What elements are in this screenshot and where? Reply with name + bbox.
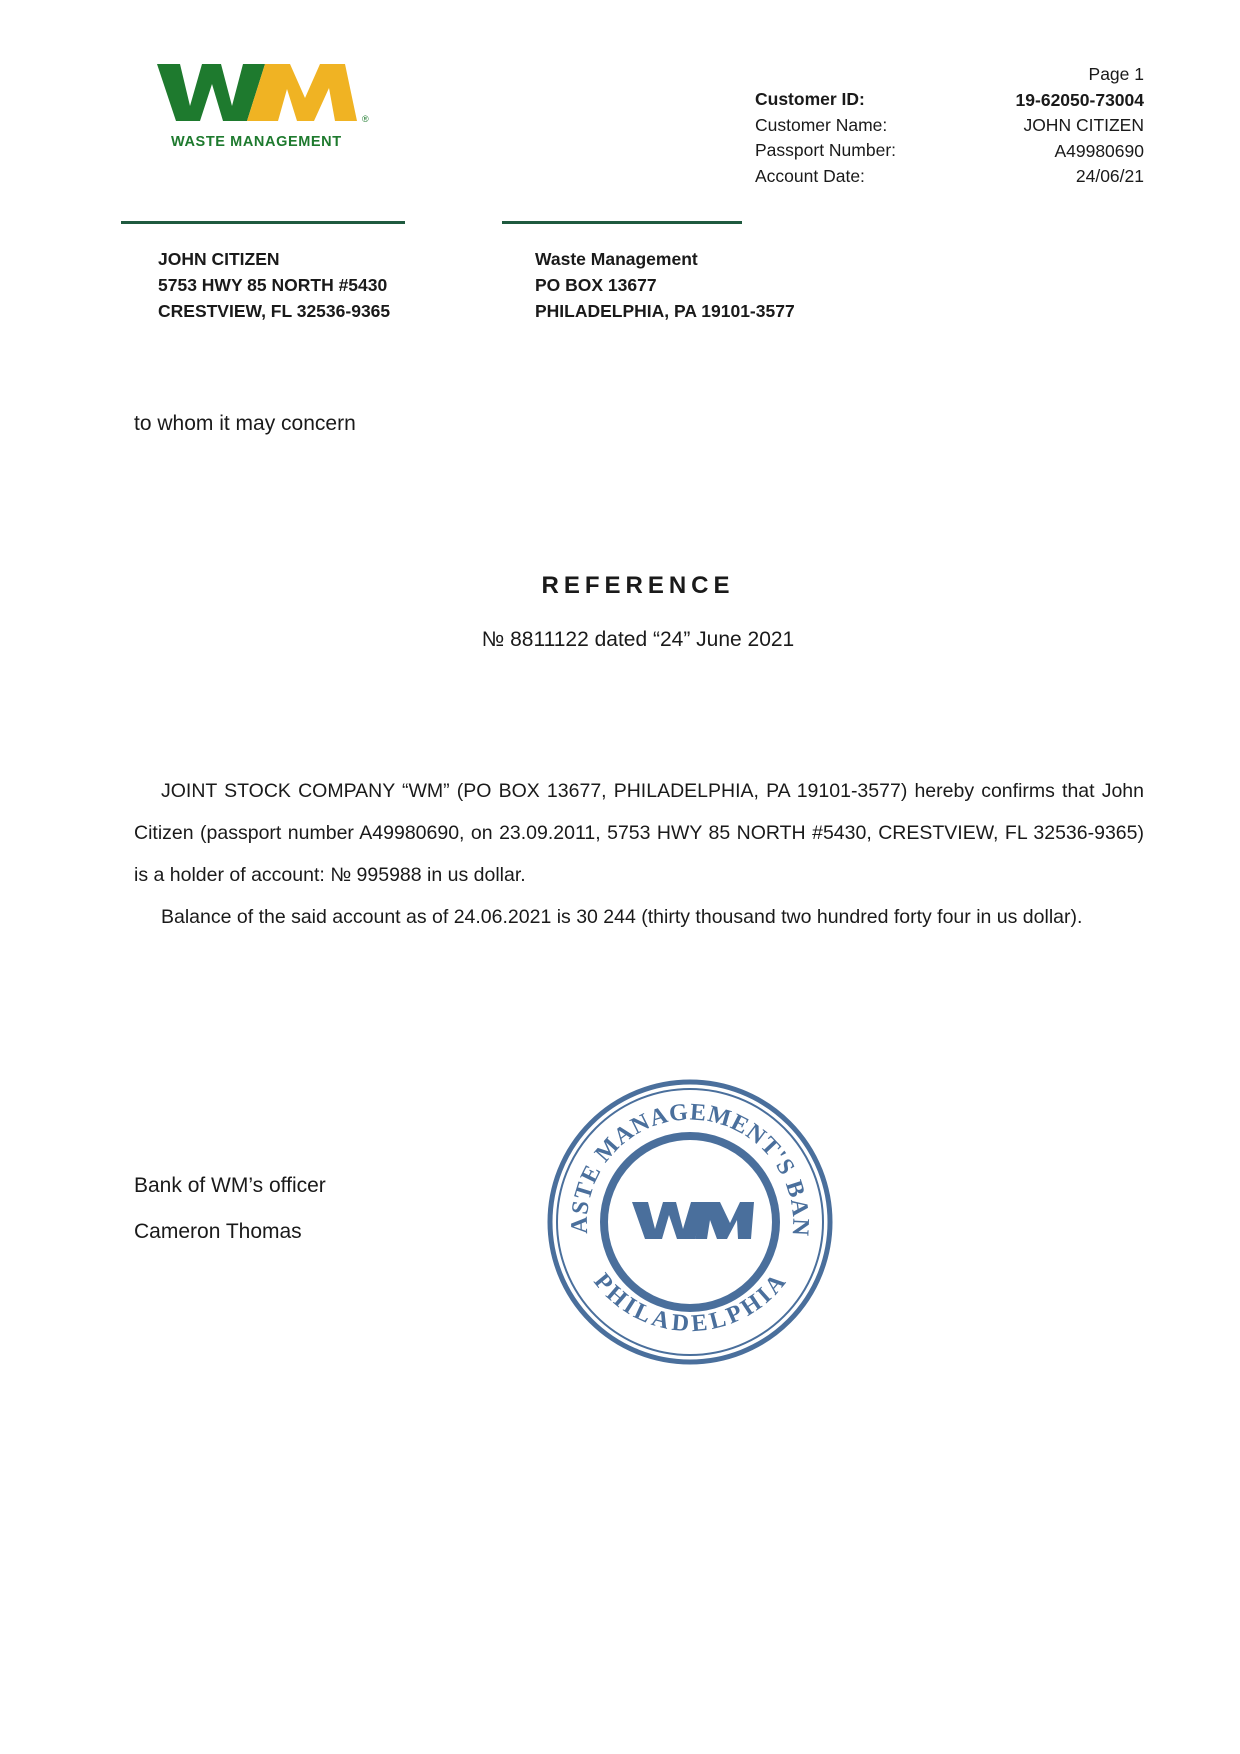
svg-text:®: ® xyxy=(362,114,369,124)
passport-number-label: Passport Number: xyxy=(755,138,896,164)
body-paragraph: Balance of the said account as of 24.06.… xyxy=(134,896,1144,938)
reference-number: № 8811122 dated “24” June 2021 xyxy=(0,628,1240,652)
page-number: Page 1 xyxy=(1016,62,1144,88)
account-date-label: Account Date: xyxy=(755,164,896,190)
address-line: PO BOX 13677 xyxy=(535,272,795,298)
document-title: REFERENCE xyxy=(0,572,1240,600)
body-paragraph: JOINT STOCK COMPANY “WM” (PO BOX 13677, … xyxy=(134,770,1144,896)
passport-number-value: A49980690 xyxy=(1016,139,1144,165)
account-date-value: 24/06/21 xyxy=(1016,164,1144,190)
bank-stamp: WASTE MANAGEMENT'S BANK PHILADELPHIA xyxy=(545,1077,835,1367)
waste-management-logo: ® WASTE MANAGEMENT xyxy=(157,64,397,156)
sender-address: Waste Management PO BOX 13677 PHILADELPH… xyxy=(535,246,795,324)
salutation: to whom it may concern xyxy=(134,412,356,436)
signatory-title: Bank of WM’s officer xyxy=(134,1163,326,1209)
address-line: JOHN CITIZEN xyxy=(158,246,390,272)
divider-line xyxy=(121,221,405,224)
customer-info-values: Page 1 19-62050-73004 JOHN CITIZEN A4998… xyxy=(1016,62,1144,190)
customer-id-label: Customer ID: xyxy=(755,87,896,113)
svg-text:PHILADELPHIA: PHILADELPHIA xyxy=(588,1269,791,1338)
signatory-name: Cameron Thomas xyxy=(134,1209,326,1255)
customer-name-label: Customer Name: xyxy=(755,113,896,139)
customer-id-value: 19-62050-73004 xyxy=(1016,88,1144,114)
address-line: 5753 HWY 85 NORTH #5430 xyxy=(158,272,390,298)
divider-line xyxy=(502,221,742,224)
customer-name-value: JOHN CITIZEN xyxy=(1016,113,1144,139)
signature-block: Bank of WM’s officer Cameron Thomas xyxy=(134,1163,326,1255)
letter-body: JOINT STOCK COMPANY “WM” (PO BOX 13677, … xyxy=(134,770,1144,938)
address-line: Waste Management xyxy=(535,246,795,272)
address-line: PHILADELPHIA, PA 19101-3577 xyxy=(535,298,795,324)
address-line: CRESTVIEW, FL 32536-9365 xyxy=(158,298,390,324)
svg-text:WASTE MANAGEMENT: WASTE MANAGEMENT xyxy=(171,134,342,150)
recipient-address: JOHN CITIZEN 5753 HWY 85 NORTH #5430 CRE… xyxy=(158,246,390,324)
customer-info-labels: Customer ID: Customer Name: Passport Num… xyxy=(755,87,896,189)
